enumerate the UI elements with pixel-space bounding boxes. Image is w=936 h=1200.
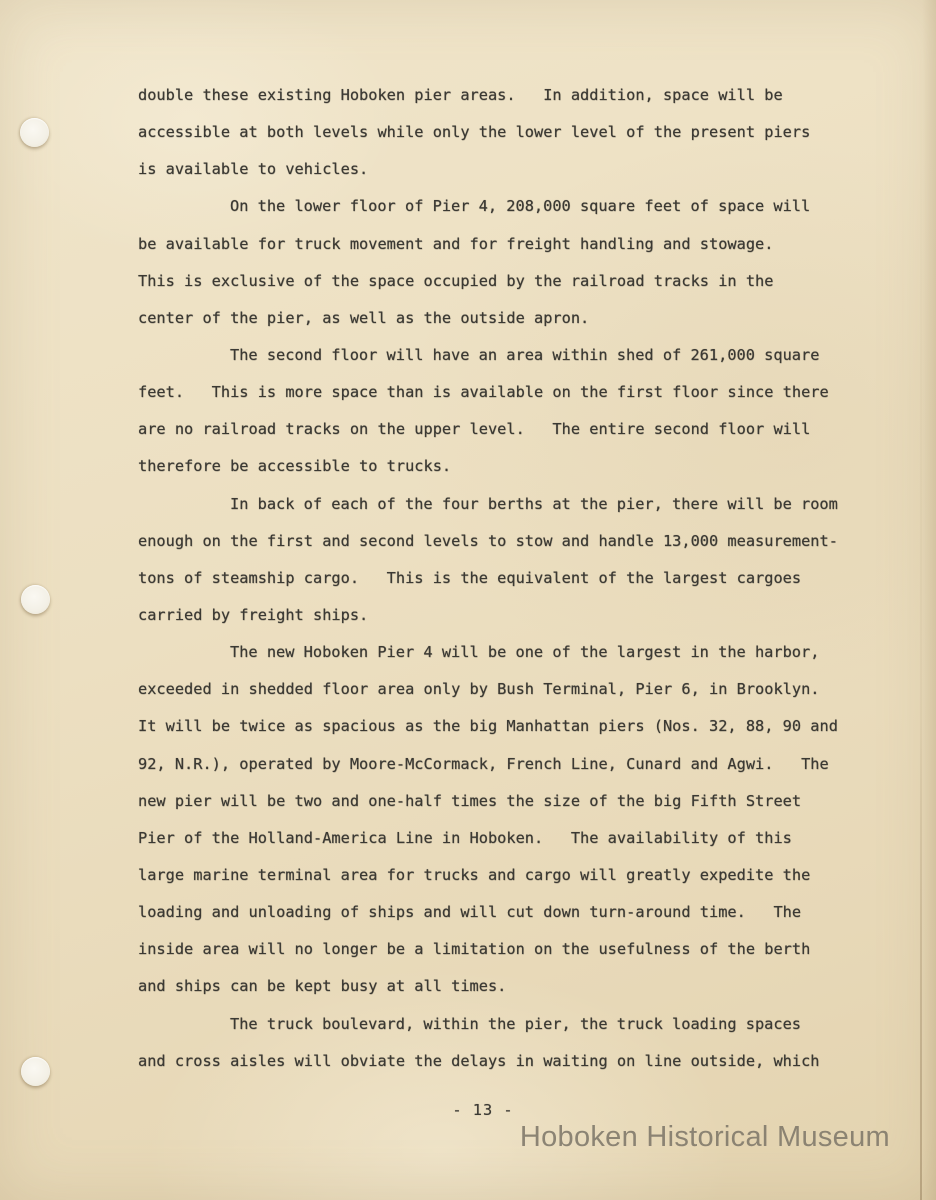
text-line: In back of each of the four berths at th…	[138, 486, 858, 523]
text-line: inside area will no longer be a limitati…	[138, 931, 858, 968]
text-line: The new Hoboken Pier 4 will be one of th…	[138, 634, 858, 671]
text-line: exceeded in shedded floor area only by B…	[138, 671, 858, 708]
text-line: accessible at both levels while only the…	[138, 114, 858, 151]
page-number: - 13 -	[138, 1101, 828, 1119]
text-line: center of the pier, as well as the outsi…	[138, 300, 858, 337]
text-line: are no railroad tracks on the upper leve…	[138, 411, 858, 448]
text-line: feet. This is more space than is availab…	[138, 374, 858, 411]
text-line: On the lower floor of Pier 4, 208,000 sq…	[138, 188, 858, 225]
hole-punch-top	[20, 118, 49, 147]
text-line: 92, N.R.), operated by Moore-McCormack, …	[138, 746, 858, 783]
text-line: loading and unloading of ships and will …	[138, 894, 858, 931]
text-line: double these existing Hoboken pier areas…	[138, 77, 858, 114]
text-line: large marine terminal area for trucks an…	[138, 857, 858, 894]
text-line: and cross aisles will obviate the delays…	[138, 1043, 858, 1080]
text-line: be available for truck movement and for …	[138, 226, 858, 263]
text-line: tons of steamship cargo. This is the equ…	[138, 560, 858, 597]
text-line: therefore be accessible to trucks.	[138, 448, 858, 485]
scanned-page: double these existing Hoboken pier areas…	[0, 0, 936, 1200]
text-line: Pier of the Holland-America Line in Hobo…	[138, 820, 858, 857]
text-line: new pier will be two and one-half times …	[138, 783, 858, 820]
hole-punch-bottom	[21, 1057, 50, 1086]
text-line: It will be twice as spacious as the big …	[138, 708, 858, 745]
text-line: is available to vehicles.	[138, 151, 858, 188]
text-line: The second floor will have an area withi…	[138, 337, 858, 374]
document-text: double these existing Hoboken pier areas…	[138, 77, 858, 1080]
text-line: and ships can be kept busy at all times.	[138, 968, 858, 1005]
text-line: This is exclusive of the space occupied …	[138, 263, 858, 300]
paper-edge-line	[920, 0, 922, 1200]
watermark-text: Hoboken Historical Museum	[520, 1121, 890, 1154]
paper-edge-shading	[922, 0, 936, 1200]
text-line: enough on the first and second levels to…	[138, 523, 858, 560]
text-line: carried by freight ships.	[138, 597, 858, 634]
text-line: The truck boulevard, within the pier, th…	[138, 1006, 858, 1043]
hole-punch-middle	[21, 585, 50, 614]
